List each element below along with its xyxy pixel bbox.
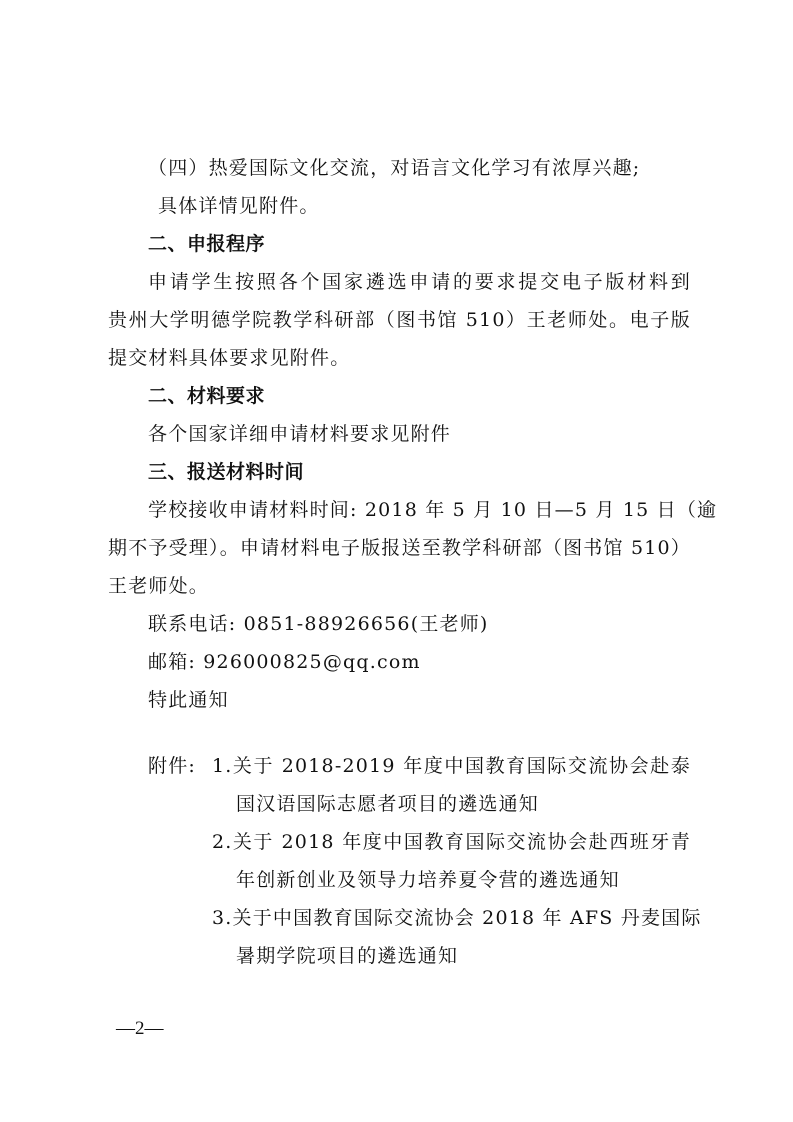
procedure-paragraph-line-3: 提交材料具体要求见附件。 [108,346,350,370]
document-page: （四）热爱国际文化交流，对语言文化学习有浓厚兴趣; 具体详情见附件。 二、申报程… [0,0,793,1122]
page-number: —2— [116,1017,164,1041]
section-heading-materials: 二、材料要求 [148,384,265,408]
attachment-1-line-1: 1.关于 2018-2019 年度中国教育国际交流协会赴泰 [212,754,691,778]
submission-paragraph-line-1: 学校接收申请材料时间: 2018 年 5 月 10 日—5 月 15 日（逾 [148,498,691,522]
details-note: 具体详情见附件。 [158,194,320,218]
attachments-label: 附件: [148,754,196,778]
submission-paragraph-line-3: 王老师处。 [108,574,209,598]
attachment-2-line-2: 年创新创业及领导力培养夏令营的遴选通知 [236,868,620,892]
attachment-1-line-2: 国汉语国际志愿者项目的遴选通知 [236,792,539,816]
attachment-3-line-1: 3.关于中国教育国际交流协会 2018 年 AFS 丹麦国际 [212,906,691,930]
procedure-paragraph-line-2: 贵州大学明德学院教学科研部（图书馆 510）王老师处。电子版 [108,308,691,332]
submission-paragraph-line-2: 期不予受理）。申请材料电子版报送至教学科研部（图书馆 510） [108,536,691,560]
attachment-3-line-2: 暑期学院项目的遴选通知 [236,944,458,968]
attachment-2-line-1: 2.关于 2018 年度中国教育国际交流协会赴西班牙青 [212,830,691,854]
section-heading-procedure: 二、申报程序 [148,232,265,256]
contact-email: 邮箱: 926000825@qq.com [148,650,421,674]
materials-paragraph: 各个国家详细申请材料要求见附件 [148,422,451,446]
contact-phone: 联系电话: 0851-88926656(王老师) [148,612,489,636]
procedure-paragraph-line-1: 申请学生按照各个国家遴选申请的要求提交电子版材料到 [148,270,691,294]
section-heading-submission-time: 三、报送材料时间 [148,460,304,484]
closing-notice: 特此通知 [148,688,229,712]
qualification-item-4: （四）热爱国际文化交流，对语言文化学习有浓厚兴趣; [148,156,640,180]
